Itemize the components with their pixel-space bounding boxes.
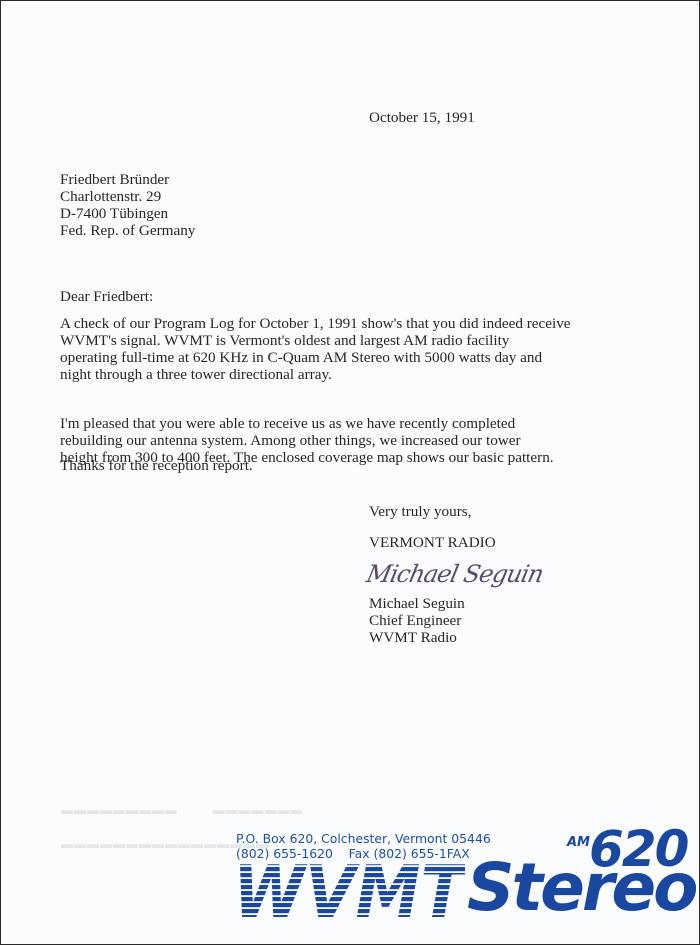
closing: Very truly yours, xyxy=(369,503,472,520)
letter-page: October 15, 1991 Friedbert Bründer Charl… xyxy=(0,0,700,945)
signer-block: Michael Seguin Chief Engineer WVMT Radio xyxy=(369,595,465,646)
show-through-mark: ▬▬▬▬▬▬▬▬▬ ▬▬▬▬▬▬▬ xyxy=(61,803,304,817)
wvmt-striped-logo: WVMT xyxy=(233,861,465,921)
paragraph-line: WVMT's signal. WVMT is Vermont's oldest … xyxy=(60,332,700,349)
paragraph-line: operating full-time at 620 KHz in C-Quam… xyxy=(60,349,700,366)
signer-name: Michael Seguin xyxy=(369,595,465,612)
letterhead-phone-fax: (802) 655-1620 Fax (802) 655-1FAX xyxy=(236,846,491,861)
recipient-street: Charlottenstr. 29 xyxy=(60,188,195,205)
paragraph-line: Thanks for the reception report. xyxy=(60,457,700,474)
company-name: VERMONT RADIO xyxy=(369,534,496,551)
recipient-name: Friedbert Bründer xyxy=(60,171,195,188)
letter-date: October 15, 1991 xyxy=(369,109,475,126)
paragraph-line: I'm pleased that you were able to receiv… xyxy=(60,415,700,432)
paragraph-line: A check of our Program Log for October 1… xyxy=(60,315,700,332)
logo-stereo: Stereo xyxy=(467,853,696,923)
body-paragraph-3: Thanks for the reception report. xyxy=(60,457,700,474)
paragraph-line: rebuilding our antenna system. Among oth… xyxy=(60,432,700,449)
handwritten-signature: Michael Seguin xyxy=(364,560,546,588)
signer-title: Chief Engineer xyxy=(369,612,465,629)
logo-am-label: AM xyxy=(567,835,590,850)
recipient-country: Fed. Rep. of Germany xyxy=(60,222,195,239)
letterhead-address: P.O. Box 620, Colchester, Vermont 05446 xyxy=(236,831,491,846)
recipient-address: Friedbert Bründer Charlottenstr. 29 D-74… xyxy=(60,171,195,239)
letterhead-contact: P.O. Box 620, Colchester, Vermont 05446 … xyxy=(236,831,491,861)
paragraph-line: night through a three tower directional … xyxy=(60,366,700,383)
body-paragraph-1: A check of our Program Log for October 1… xyxy=(60,315,700,383)
signer-organization: WVMT Radio xyxy=(369,629,465,646)
recipient-city: D-7400 Tübingen xyxy=(60,205,195,222)
salutation: Dear Friedbert: xyxy=(60,288,153,305)
